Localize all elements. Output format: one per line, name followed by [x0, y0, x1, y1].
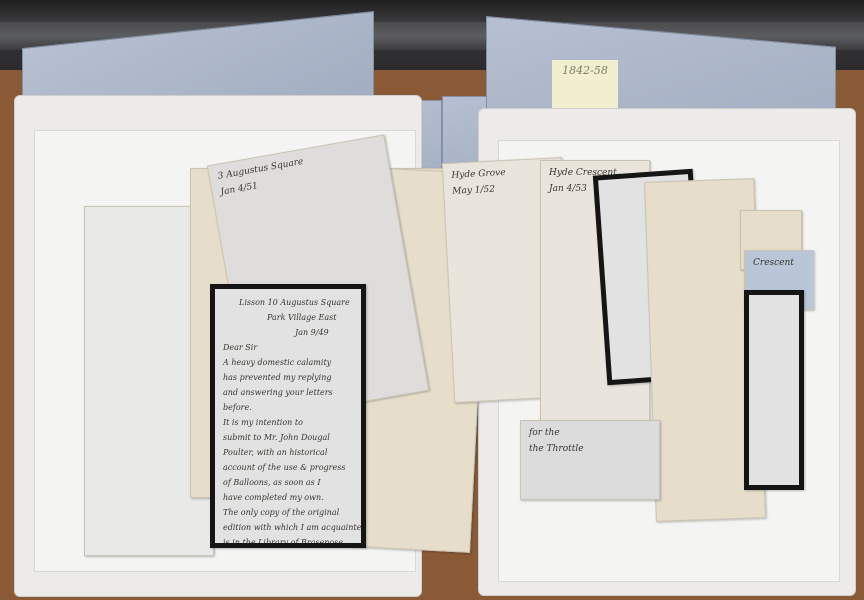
letter-line: Poulter, with an historical [223, 445, 353, 460]
letter-subheading: Park Village East [223, 310, 353, 325]
letter-line: is in the Library of Brasenose [223, 535, 353, 548]
letter-throttle: for the the Throttle [520, 420, 660, 500]
letter-line: of Balloons, as soon as I [223, 475, 353, 490]
mourning-letter-far-right [744, 290, 804, 490]
mourning-letter-main: Lisson 10 Augustus Square Park Village E… [210, 284, 366, 548]
letter-line: edition with which I am acquainted [223, 520, 353, 535]
letter-heading: Crescent [753, 255, 805, 271]
letter-line: submit to Mr. John Dougal [223, 430, 353, 445]
letter-line: before. [223, 400, 353, 415]
letter-line: Dear Sir [223, 340, 353, 355]
letter-line: have completed my own. [223, 490, 353, 505]
fragment-text: for the [529, 425, 651, 441]
letter-line: It is my intention to [223, 415, 353, 430]
letter-date: Jan 9/49 [223, 325, 353, 340]
letter-line: The only copy of the original [223, 505, 353, 520]
letter-line: has prevented my replying [223, 370, 353, 385]
letter-line: A heavy domestic calamity [223, 355, 353, 370]
box-label-sticky-note: 1842-58 [552, 60, 618, 108]
letter-line: and answering your letters [223, 385, 353, 400]
letter-heading: Lisson 10 Augustus Square [223, 295, 353, 310]
letter-line: account of the use & progress [223, 460, 353, 475]
fragment-text: the Throttle [529, 441, 651, 457]
